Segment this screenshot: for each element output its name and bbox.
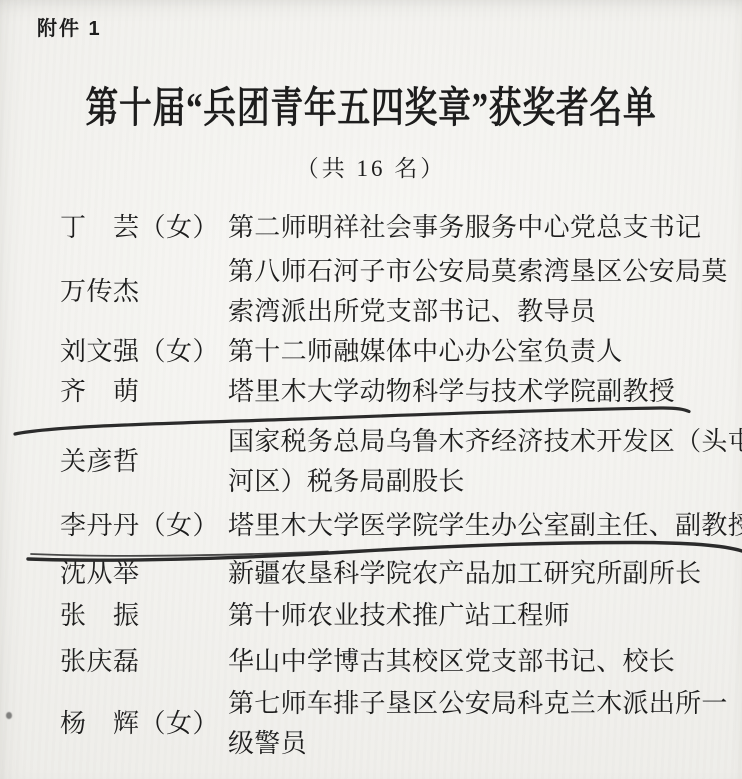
winner-name: 张庆磊 xyxy=(60,642,228,682)
winner-row: 沈从举 新疆农垦科学院农产品加工研究所副所长 xyxy=(60,554,736,594)
document-subtitle: （共 16 名） xyxy=(0,152,742,186)
position-line: 华山中学博古其校区党支部书记、校长 xyxy=(228,642,675,682)
winner-name: 万传杰 xyxy=(60,272,228,312)
winner-position: 塔里木大学医学院学生办公室副主任、副教授 xyxy=(228,506,742,546)
document-title-text: 第十届“兵团青年五四奖章”获奖者名单 xyxy=(86,84,657,134)
winner-name: 李丹丹（女） xyxy=(60,506,228,546)
winner-position: 第七师车排子垦区公安局科克兰木派出所一级警员 xyxy=(228,684,728,764)
winner-name: 刘文强（女） xyxy=(60,332,228,372)
winner-name: 张 振 xyxy=(60,596,228,636)
attachment-label: 附件 1 xyxy=(37,12,102,41)
position-line: 索湾派出所党支部书记、教导员 xyxy=(228,292,728,332)
position-line: 第十师农业技术推广站工程师 xyxy=(228,596,570,636)
winner-row: 刘文强（女） 第十二师融媒体中心办公室负责人 xyxy=(60,332,736,372)
scan-speck xyxy=(6,712,12,719)
winner-name: 沈从举 xyxy=(60,554,228,594)
winner-row: 丁 芸（女） 第二师明祥社会事务服务中心党总支书记 xyxy=(60,208,736,248)
winner-position: 新疆农垦科学院农产品加工研究所副所长 xyxy=(228,554,701,594)
winner-position: 华山中学博古其校区党支部书记、校长 xyxy=(228,642,675,682)
winner-position: 第二师明祥社会事务服务中心党总支书记 xyxy=(228,208,701,248)
winner-row: 杨 辉（女） 第七师车排子垦区公安局科克兰木派出所一级警员 xyxy=(60,684,736,764)
position-line: 第八师石河子市公安局莫索湾垦区公安局莫 xyxy=(228,252,728,292)
winner-row: 齐 萌 塔里木大学动物科学与技术学院副教授 xyxy=(60,372,736,412)
position-line: 第十二师融媒体中心办公室负责人 xyxy=(228,332,623,372)
winner-position: 国家税务总局乌鲁木齐经济技术开发区（头屯河区）税务局副股长 xyxy=(228,422,742,502)
winner-position: 第十师农业技术推广站工程师 xyxy=(228,596,570,636)
winner-name: 齐 萌 xyxy=(60,372,228,412)
position-line: 第二师明祥社会事务服务中心党总支书记 xyxy=(228,208,701,248)
document-title: 第十届“兵团青年五四奖章”获奖者名单 xyxy=(0,84,742,134)
position-line: 河区）税务局副股长 xyxy=(228,462,742,502)
winner-row: 张庆磊 华山中学博古其校区党支部书记、校长 xyxy=(60,642,736,682)
winner-name: 关彦哲 xyxy=(60,442,228,482)
winners-list: 丁 芸（女） 第二师明祥社会事务服务中心党总支书记 万传杰 第八师石河子市公安局… xyxy=(60,208,736,764)
winner-row: 张 振 第十师农业技术推广站工程师 xyxy=(60,596,736,636)
winner-row: 万传杰 第八师石河子市公安局莫索湾垦区公安局莫索湾派出所党支部书记、教导员 xyxy=(60,252,736,332)
winner-name: 丁 芸（女） xyxy=(60,208,228,248)
scanned-document-page: 附件 1 第十届“兵团青年五四奖章”获奖者名单 （共 16 名） 丁 芸（女） … xyxy=(0,0,742,779)
winner-row: 关彦哲 国家税务总局乌鲁木齐经济技术开发区（头屯河区）税务局副股长 xyxy=(60,422,736,502)
position-line: 级警员 xyxy=(228,724,728,764)
position-line: 第七师车排子垦区公安局科克兰木派出所一 xyxy=(228,684,728,724)
position-line: 国家税务总局乌鲁木齐经济技术开发区（头屯 xyxy=(228,422,742,462)
position-line: 塔里木大学医学院学生办公室副主任、副教授 xyxy=(228,506,742,546)
winner-name: 杨 辉（女） xyxy=(60,704,228,744)
winner-position: 第十二师融媒体中心办公室负责人 xyxy=(228,332,623,372)
winner-position: 第八师石河子市公安局莫索湾垦区公安局莫索湾派出所党支部书记、教导员 xyxy=(228,252,728,332)
position-line: 塔里木大学动物科学与技术学院副教授 xyxy=(228,372,675,412)
position-line: 新疆农垦科学院农产品加工研究所副所长 xyxy=(228,554,701,594)
winner-position: 塔里木大学动物科学与技术学院副教授 xyxy=(228,372,675,412)
winner-row: 李丹丹（女） 塔里木大学医学院学生办公室副主任、副教授 xyxy=(60,506,736,546)
